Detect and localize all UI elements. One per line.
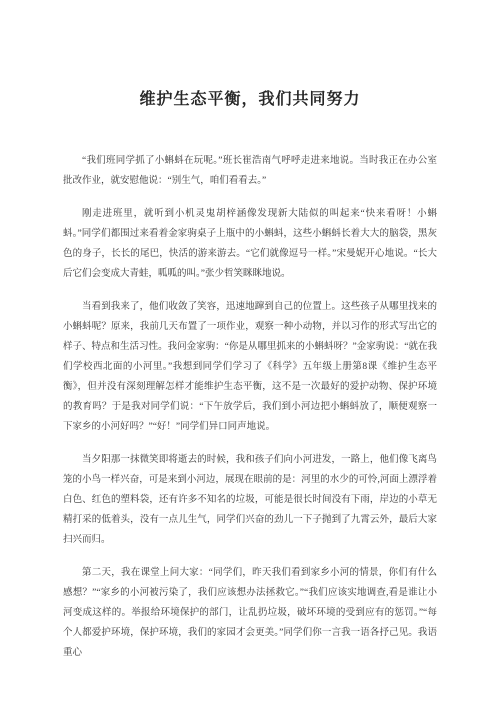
paragraph-5: 第二天，我在课堂上问大家：“同学们，昨天我们看到家乡小河的情景，你们有什么感想？… xyxy=(63,563,437,663)
paragraph-4: 当夕阳那一抹微笑即将逝去的时候，我和孩子们向小河进发，一路上，他们像飞离鸟笼的小… xyxy=(63,450,437,550)
paragraph-3: 当看到我来了，他们收敛了笑容，迅速地蹿到自己的位置上。这些孩子从哪里找来的小蝌蚪… xyxy=(63,297,437,437)
document-page: 维护生态平衡，我们共同努力 “我们班同学抓了小蝌蚪在玩呢。”班长崔浩南气呼呼走进… xyxy=(0,0,500,707)
paragraph-1: “我们班同学抓了小蝌蚪在玩呢。”班长崔浩南气呼呼走进来地说。当时我正在办公室批改… xyxy=(63,151,437,191)
document-title: 维护生态平衡，我们共同努力 xyxy=(63,86,437,109)
paragraph-2: 刚走进班里，就听到小机灵鬼胡梓涵像发现新大陆似的叫起来“快来看呀！小蝌蚪。”同学… xyxy=(63,204,437,284)
